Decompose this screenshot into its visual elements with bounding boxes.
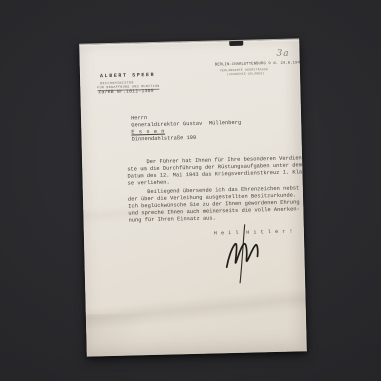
photo-background: 3a ALBERT SPEER REICHSMINISTER FÜR BEWAF…	[0, 0, 381, 381]
paper-crease	[86, 312, 177, 356]
sender-reference-number: Za/KB Nr.1011-1309	[98, 89, 154, 95]
pencil-annotation: 3a	[276, 48, 290, 59]
place-date-line: BERLIN-CHARLOTTENBURG 9 d. 24.6.1943	[215, 61, 303, 67]
paper-crease	[85, 287, 306, 328]
sender-name: ALBERT SPEER	[100, 72, 155, 79]
signature-ink	[210, 222, 272, 289]
sender-address-line2: (AKADEMIE-GELÄNDE)	[227, 72, 265, 76]
recipient-street: Dinnendahlstraße 199	[131, 135, 196, 144]
letter-paper: 3a ALBERT SPEER REICHSMINISTER FÜR BEWAF…	[79, 38, 307, 356]
recipient-name: Generaldirektor Gustav Müllenberg	[131, 120, 241, 130]
body-paragraph-1: Der Führer hat Ihnen für Ihre besonderen…	[127, 155, 304, 187]
body-paragraph-2: Beiliegend übersende ich das Ehrenzeiche…	[128, 185, 305, 224]
paper-edge-notch	[229, 41, 243, 46]
